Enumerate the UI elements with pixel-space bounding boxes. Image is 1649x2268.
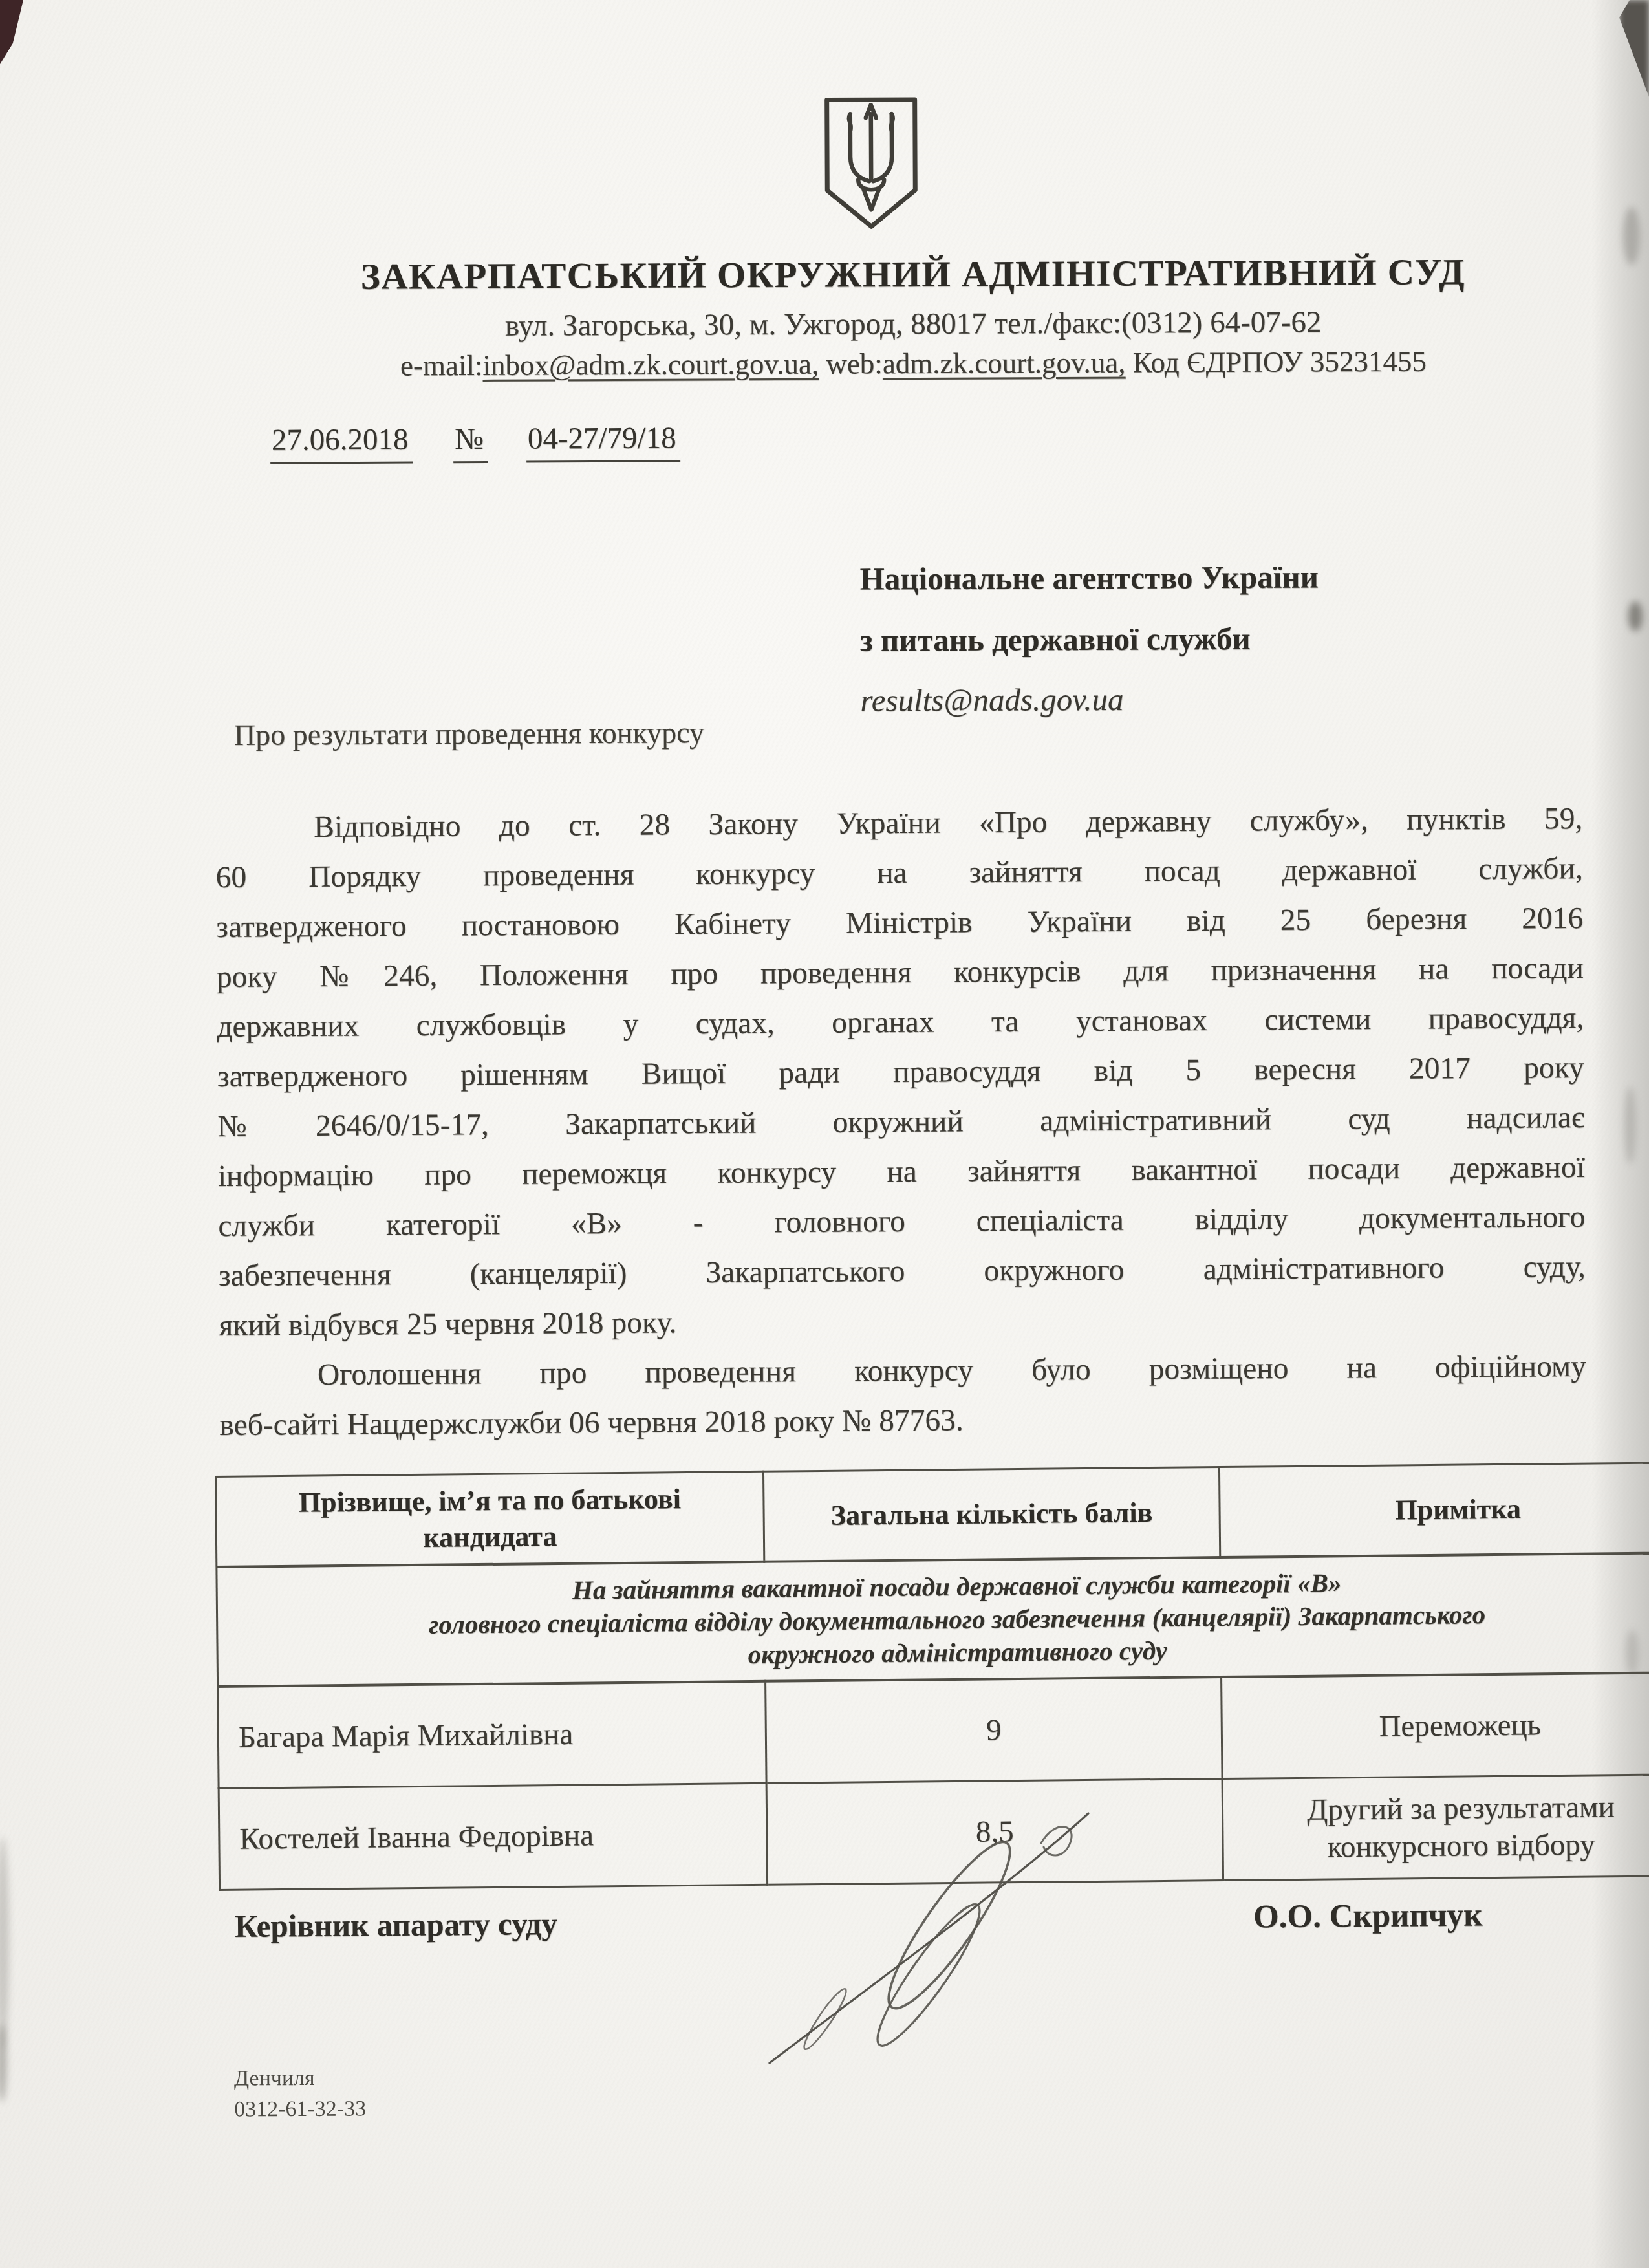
- ukraine-trident-emblem: [821, 94, 922, 232]
- body-line: який відбувся 25 червня 2018 року.: [219, 1292, 1586, 1351]
- candidate-name: Багара Марія Михайлівна: [218, 1681, 766, 1789]
- col-header-note: Примітка: [1219, 1463, 1649, 1558]
- recipient-name-line2: з питань державної служби: [860, 607, 1319, 671]
- letter-body: Відповідно до ст. 28 Закону України «Про…: [215, 794, 1587, 1451]
- body-line: року №246, Положення про проведення конк…: [217, 944, 1584, 1002]
- body-line: №2646/0/15-17, Закарпатський окружний ад…: [217, 1093, 1584, 1152]
- letter-date: 27.06.2018: [270, 422, 413, 464]
- court-address: вул. Загорська, 30, м. Ужгород, 88017 те…: [215, 303, 1611, 344]
- col-header-candidate: Прізвище, ім’я та по батькові кандидата: [216, 1471, 764, 1567]
- reference-line: 27.06.2018 № 04-27/79/18: [270, 420, 680, 464]
- body-line: затвердженого рішенням Вищої ради правос…: [217, 1043, 1584, 1102]
- table-row: Багара Марія Михайлівна 9 Переможець: [218, 1672, 1649, 1788]
- scan-edge-shadow: [1592, 0, 1649, 2268]
- body-line: інформацію про переможця конкурсу на зай…: [218, 1143, 1585, 1202]
- court-contacts: e-mail:inbox@adm.zk.court.gov.ua, web:ad…: [215, 343, 1611, 383]
- col-header-score: Загальна кількість балів: [763, 1467, 1220, 1562]
- court-email[interactable]: inbox@adm.zk.court.gov.ua,: [482, 348, 819, 382]
- body-line: затвердженого постановою Кабінету Мініст…: [216, 894, 1583, 953]
- signer-name: О.О. Скрипчук: [1253, 1897, 1483, 1936]
- scan-artifact-top-left: [0, 0, 23, 70]
- scan-smudge: [0, 1837, 9, 2050]
- court-name: ЗАКАРПАТСЬКИЙ ОКРУЖНИЙ АДМІНІСТРАТИВНИЙ …: [215, 250, 1611, 298]
- email-label: e-mail:: [400, 349, 483, 382]
- candidate-name: Костелей Іванна Федорівна: [219, 1783, 767, 1890]
- body-line: державних службовців у судах, органах та…: [217, 993, 1584, 1052]
- number-sign: №: [453, 422, 488, 463]
- scan-smudge: [1624, 1086, 1636, 1164]
- recipient-block: Національне агентство України з питань д…: [859, 546, 1319, 730]
- executor-phone: 0312-61-32-33: [234, 2093, 366, 2125]
- scan-smudge: [1623, 207, 1640, 265]
- candidate-score: 9: [766, 1677, 1222, 1783]
- candidate-note: Другий за результатами конкурсного відбо…: [1222, 1774, 1649, 1880]
- body-line: Відповідно до ст. 28 Закону України «Про…: [215, 794, 1582, 853]
- court-website[interactable]: adm.zk.court.gov.ua,: [883, 347, 1126, 380]
- letterhead: ЗАКАРПАТСЬКИЙ ОКРУЖНИЙ АДМІНІСТРАТИВНИЙ …: [213, 0, 1610, 3]
- web-label: web:: [819, 347, 883, 380]
- scan-artifact-top-right: [1619, 0, 1649, 97]
- recipient-name-line1: Національне агентство України: [859, 546, 1319, 609]
- handwritten-signature: [736, 1806, 1111, 2071]
- letter-number: 04-27/79/18: [526, 420, 680, 462]
- edrpou-code: Код ЄДРПОУ 35231455: [1125, 345, 1427, 379]
- executor-footer: Денчиля 0312-61-32-33: [234, 2062, 366, 2125]
- body-line: забезпечення (канцелярії) Закарпатського…: [219, 1242, 1586, 1301]
- scanned-letter-page: ЗАКАРПАТСЬКИЙ ОКРУЖНИЙ АДМІНІСТРАТИВНИЙ …: [0, 0, 1649, 2268]
- body-line: служби категорії «В» - головного спеціал…: [218, 1193, 1585, 1251]
- scan-smudge: [0, 2024, 6, 2102]
- signer-position: Керівник апарату суду: [235, 1905, 557, 1945]
- body-line: 60 Порядку проведення конкурсу на зайнят…: [216, 844, 1583, 903]
- vacancy-category-row: На зайняття вакантної посади державної с…: [217, 1553, 1649, 1687]
- scan-smudge: [1628, 601, 1643, 631]
- body-line: Оголошення про проведення конкурсу було …: [219, 1342, 1586, 1401]
- executor-name: Денчиля: [234, 2062, 366, 2094]
- subject-line: Про результати проведення конкурсу: [234, 715, 704, 752]
- vacancy-category-cell: На зайняття вакантної посади державної с…: [217, 1553, 1649, 1687]
- table-header-row: Прізвище, ім’я та по батькові кандидата …: [216, 1463, 1649, 1567]
- body-line: веб-сайті Нацдержслужби 06 червня 2018 р…: [219, 1392, 1586, 1451]
- candidate-note: Переможець: [1222, 1672, 1649, 1779]
- recipient-email: results@nads.gov.ua: [860, 669, 1319, 730]
